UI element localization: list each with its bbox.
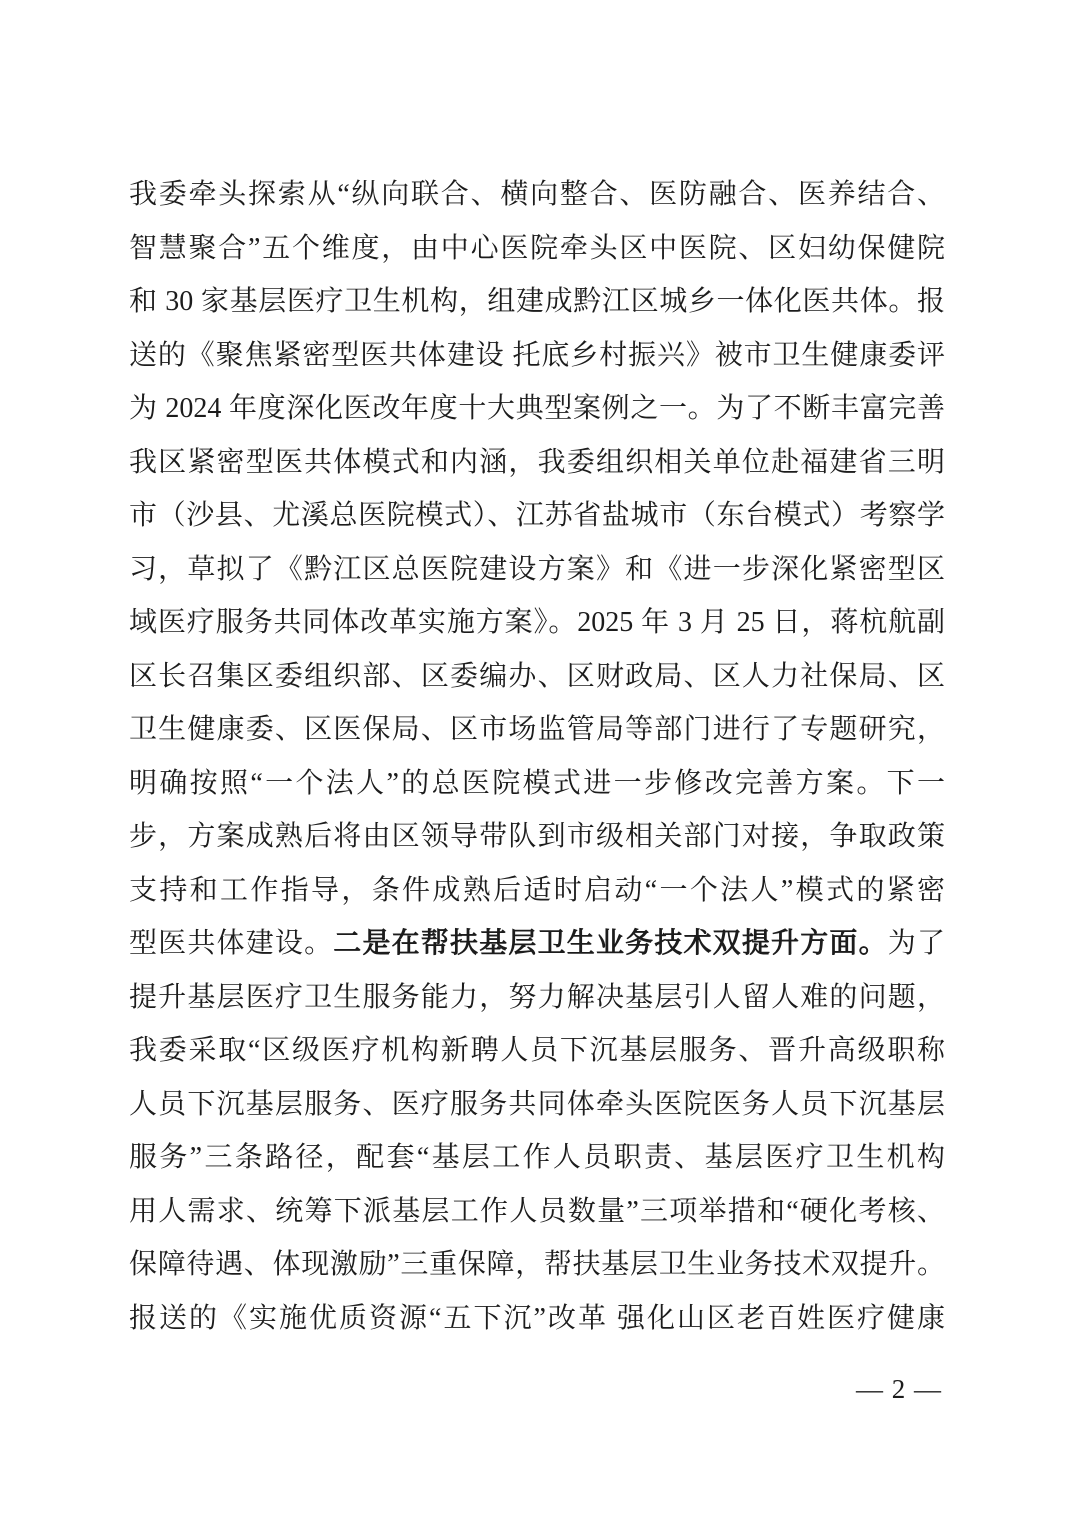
text-segment: 我区紧密型医共体模式和内涵，我委组织相关单位赴福建省三明 [129, 447, 945, 478]
text-line: 型医共体建设。二是在帮扶基层卫生业务技术双提升方面。为了 [129, 917, 945, 971]
document-body: 我委牵头探索从“纵向联合、横向整合、医防融合、医养结合、智慧聚合”五个维度，由中… [129, 168, 945, 1345]
text-line: 用人需求、统筹下派基层工作人员数量”三项举措和“硬化考核、 [129, 1185, 945, 1239]
text-segment: 保障待遇、体现激励”三重保障，帮扶基层卫生业务技术双提升。 [129, 1249, 945, 1280]
text-line: 习，草拟了《黔江区总医院建设方案》和《进一步深化紧密型区 [129, 543, 945, 597]
text-line: 卫生健康委、区医保局、区市场监管局等部门进行了专题研究， [129, 703, 945, 757]
text-line: 报送的《实施优质资源“五下沉”改革 强化山区老百姓医疗健康 [129, 1292, 945, 1346]
text-line: 明确按照“一个法人”的总医院模式进一步修改完善方案。下一 [129, 757, 945, 811]
text-segment: 区长召集区委组织部、区委编办、区财政局、区人力社保局、区 [129, 661, 945, 692]
text-line: 我委牵头探索从“纵向联合、横向整合、医防融合、医养结合、 [129, 168, 945, 222]
text-segment: 我委采取“区级医疗机构新聘人员下沉基层服务、晋升高级职称 [129, 1035, 945, 1066]
document-page: 我委牵头探索从“纵向联合、横向整合、医防融合、医养结合、智慧聚合”五个维度，由中… [0, 0, 1074, 1520]
text-line: 智慧聚合”五个维度，由中心医院牵头区中医院、区妇幼保健院 [129, 222, 945, 276]
text-segment: 明确按照“一个法人”的总医院模式进一步修改完善方案。下一 [129, 768, 945, 799]
text-segment: 我委牵头探索从“纵向联合、横向整合、医防融合、医养结合、 [129, 179, 945, 210]
text-segment: 送的《聚焦紧密型医共体建设 托底乡村振兴》被市卫生健康委评 [129, 340, 945, 371]
text-line: 人员下沉基层服务、医疗服务共同体牵头医院医务人员下沉基层 [129, 1078, 945, 1132]
text-segment: 习，草拟了《黔江区总医院建设方案》和《进一步深化紧密型区 [129, 554, 945, 585]
text-line: 提升基层医疗卫生服务能力，努力解决基层引人留人难的问题， [129, 971, 945, 1025]
text-line: 区长召集区委组织部、区委编办、区财政局、区人力社保局、区 [129, 650, 945, 704]
text-segment: 市（沙县、尤溪总医院模式）、江苏省盐城市（东台模式）考察学 [129, 500, 945, 531]
text-segment: 支持和工作指导，条件成熟后适时启动“一个法人”模式的紧密 [129, 875, 945, 906]
text-segment: 为了 [888, 928, 945, 959]
text-segment: 人员下沉基层服务、医疗服务共同体牵头医院医务人员下沉基层 [129, 1089, 945, 1120]
text-segment: 型医共体建设。 [129, 928, 333, 959]
text-segment: 智慧聚合”五个维度，由中心医院牵头区中医院、区妇幼保健院 [129, 233, 945, 264]
text-line: 市（沙县、尤溪总医院模式）、江苏省盐城市（东台模式）考察学 [129, 489, 945, 543]
text-segment: 域医疗服务共同体改革实施方案》。2025 年 3 月 25 日，蒋杭航副 [129, 607, 945, 638]
text-segment: 为 2024 年度深化医改年度十大典型案例之一。为了不断丰富完善 [129, 393, 945, 424]
text-line: 为 2024 年度深化医改年度十大典型案例之一。为了不断丰富完善 [129, 382, 945, 436]
text-line: 和 30 家基层医疗卫生机构，组建成黔江区城乡一体化医共体。报 [129, 275, 945, 329]
text-line: 步，方案成熟后将由区领导带队到市级相关部门对接，争取政策 [129, 810, 945, 864]
text-line: 我区紧密型医共体模式和内涵，我委组织相关单位赴福建省三明 [129, 436, 945, 490]
text-line: 域医疗服务共同体改革实施方案》。2025 年 3 月 25 日，蒋杭航副 [129, 596, 945, 650]
text-segment: 提升基层医疗卫生服务能力，努力解决基层引人留人难的问题， [129, 982, 945, 1013]
text-segment: 用人需求、统筹下派基层工作人员数量”三项举措和“硬化考核、 [129, 1196, 945, 1227]
text-line: 服务”三条路径，配套“基层工作人员职责、基层医疗卫生机构 [129, 1131, 945, 1185]
text-line: 支持和工作指导，条件成熟后适时启动“一个法人”模式的紧密 [129, 864, 945, 918]
text-segment: 和 30 家基层医疗卫生机构，组建成黔江区城乡一体化医共体。报 [129, 286, 945, 317]
text-segment: 卫生健康委、区医保局、区市场监管局等部门进行了专题研究， [129, 714, 945, 745]
text-line: 我委采取“区级医疗机构新聘人员下沉基层服务、晋升高级职称 [129, 1024, 945, 1078]
page-number: — 2 — [856, 1372, 942, 1406]
bold-text-segment: 二是在帮扶基层卫生业务技术双提升方面。 [333, 928, 888, 959]
text-segment: 步，方案成熟后将由区领导带队到市级相关部门对接，争取政策 [129, 821, 945, 852]
text-line: 送的《聚焦紧密型医共体建设 托底乡村振兴》被市卫生健康委评 [129, 329, 945, 383]
text-segment: 服务”三条路径，配套“基层工作人员职责、基层医疗卫生机构 [129, 1142, 945, 1173]
text-segment: 报送的《实施优质资源“五下沉”改革 强化山区老百姓医疗健康 [129, 1303, 945, 1334]
text-line: 保障待遇、体现激励”三重保障，帮扶基层卫生业务技术双提升。 [129, 1238, 945, 1292]
